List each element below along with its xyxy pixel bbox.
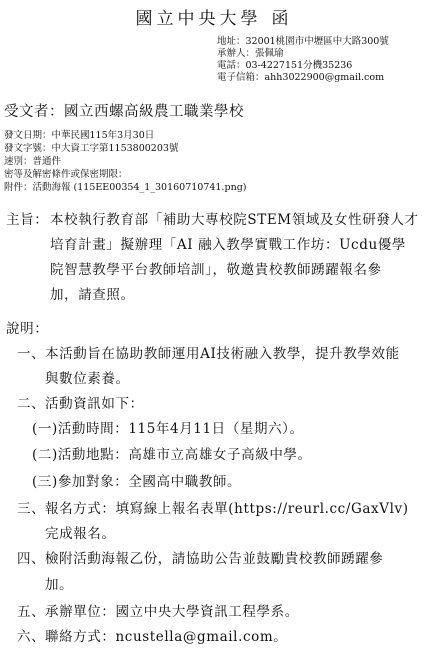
registration-link-line[interactable]: 報名方式：填寫線上報名表單(https://reurl.cc/GaxVlv): [45, 497, 409, 522]
sender-phone: 電話：03-4227151分機35236: [217, 60, 389, 72]
sender-info: 地址：32001桃園市中壢區中大路300號 承辦人：張佩瑜 電話：03-4227…: [217, 36, 389, 84]
contact-email-line[interactable]: 聯絡方式：ncustella@gmail.com。: [45, 625, 287, 648]
subitem-participants: (三)參加對象：全國高中職教師。: [32, 470, 241, 495]
item-number: 二、: [17, 392, 45, 417]
attachment[interactable]: 附件：活動海報 (115EE00354_1_30160710741.png): [4, 181, 247, 194]
sender-address: 地址：32001桃園市中壢區中大路300號: [217, 36, 389, 48]
document-meta: 發文日期：中華民國115年3月30日 發文字號：中大資工字第1153800203…: [4, 129, 247, 194]
recipient: 受文者：國立西螺高級農工職業學校: [4, 103, 244, 121]
item-line: 加。: [45, 573, 383, 598]
issuer-name: 國立中央大學: [136, 9, 262, 29]
subject-line: 加，請查照。: [50, 283, 419, 308]
sender-contact-person: 承辦人：張佩瑜: [217, 48, 389, 60]
item-text: 報名方式：填寫線上報名表單(https://reurl.cc/GaxVlv) 完…: [45, 497, 409, 547]
item-number: 五、: [17, 600, 45, 625]
document-type: 函: [272, 9, 293, 29]
item-line: 本活動旨在協助教師運用AI技術融入教學，提升教學效能: [45, 342, 400, 367]
item-line: 活動資訊如下：: [45, 392, 144, 417]
item-line: 檢附活動海報乙份，請協助公告並鼓勵貴校教師踴躍參: [45, 547, 383, 572]
item-number: 四、: [17, 547, 45, 572]
subject-label: 主旨：: [6, 208, 48, 233]
delivery-speed: 速別：普通件: [4, 155, 247, 168]
subject-line: 培育計畫」擬辦理「AI 融入教學實戰工作坊：Ucdu優學: [50, 233, 419, 258]
item-number: 一、: [17, 342, 45, 367]
subitem-activity-location: (二)活動地點：高雄市立高雄女子高級中學。: [32, 443, 312, 468]
item-text: 檢附活動海報乙份，請協助公告並鼓勵貴校教師踴躍參 加。: [45, 547, 383, 598]
explanation-label: 說明：: [6, 317, 48, 343]
sender-email: 電子信箱：ahh3022900@gmail.com: [217, 72, 389, 84]
item-text: 承辦單位：國立中央大學資訊工程學系。: [45, 600, 299, 625]
subject-line: 院智慧教學平台教師培訓」，敬邀貴校教師踴躍報名參: [50, 258, 419, 283]
issue-number: 發文字號：中大資工字第1153800203號: [4, 142, 247, 155]
secrecy-level: 密等及解密條件或保密期限：: [4, 168, 247, 181]
subitem-activity-time: (一)活動時間：115年4月11日（星期六）。: [32, 417, 304, 442]
item-line: 與數位素養。: [45, 367, 400, 392]
item-text: 活動資訊如下：: [45, 392, 144, 417]
item-line: 承辦單位：國立中央大學資訊工程學系。: [45, 600, 299, 625]
item-number: 六、: [17, 625, 45, 648]
document-header: 國立中央大學函: [0, 8, 428, 30]
item-number: 三、: [17, 497, 45, 522]
issue-date: 發文日期：中華民國115年3月30日: [4, 129, 247, 142]
item-text: 本活動旨在協助教師運用AI技術融入教學，提升教學效能 與數位素養。: [45, 342, 400, 392]
subject-text: 本校執行教育部「補助大專校院STEM領域及女性研發人才 培育計畫」擬辦理「AI …: [50, 208, 419, 308]
item-text: 聯絡方式：ncustella@gmail.com。: [45, 625, 287, 648]
subject-line: 本校執行教育部「補助大專校院STEM領域及女性研發人才: [50, 208, 419, 233]
item-line: 完成報名。: [45, 522, 409, 547]
